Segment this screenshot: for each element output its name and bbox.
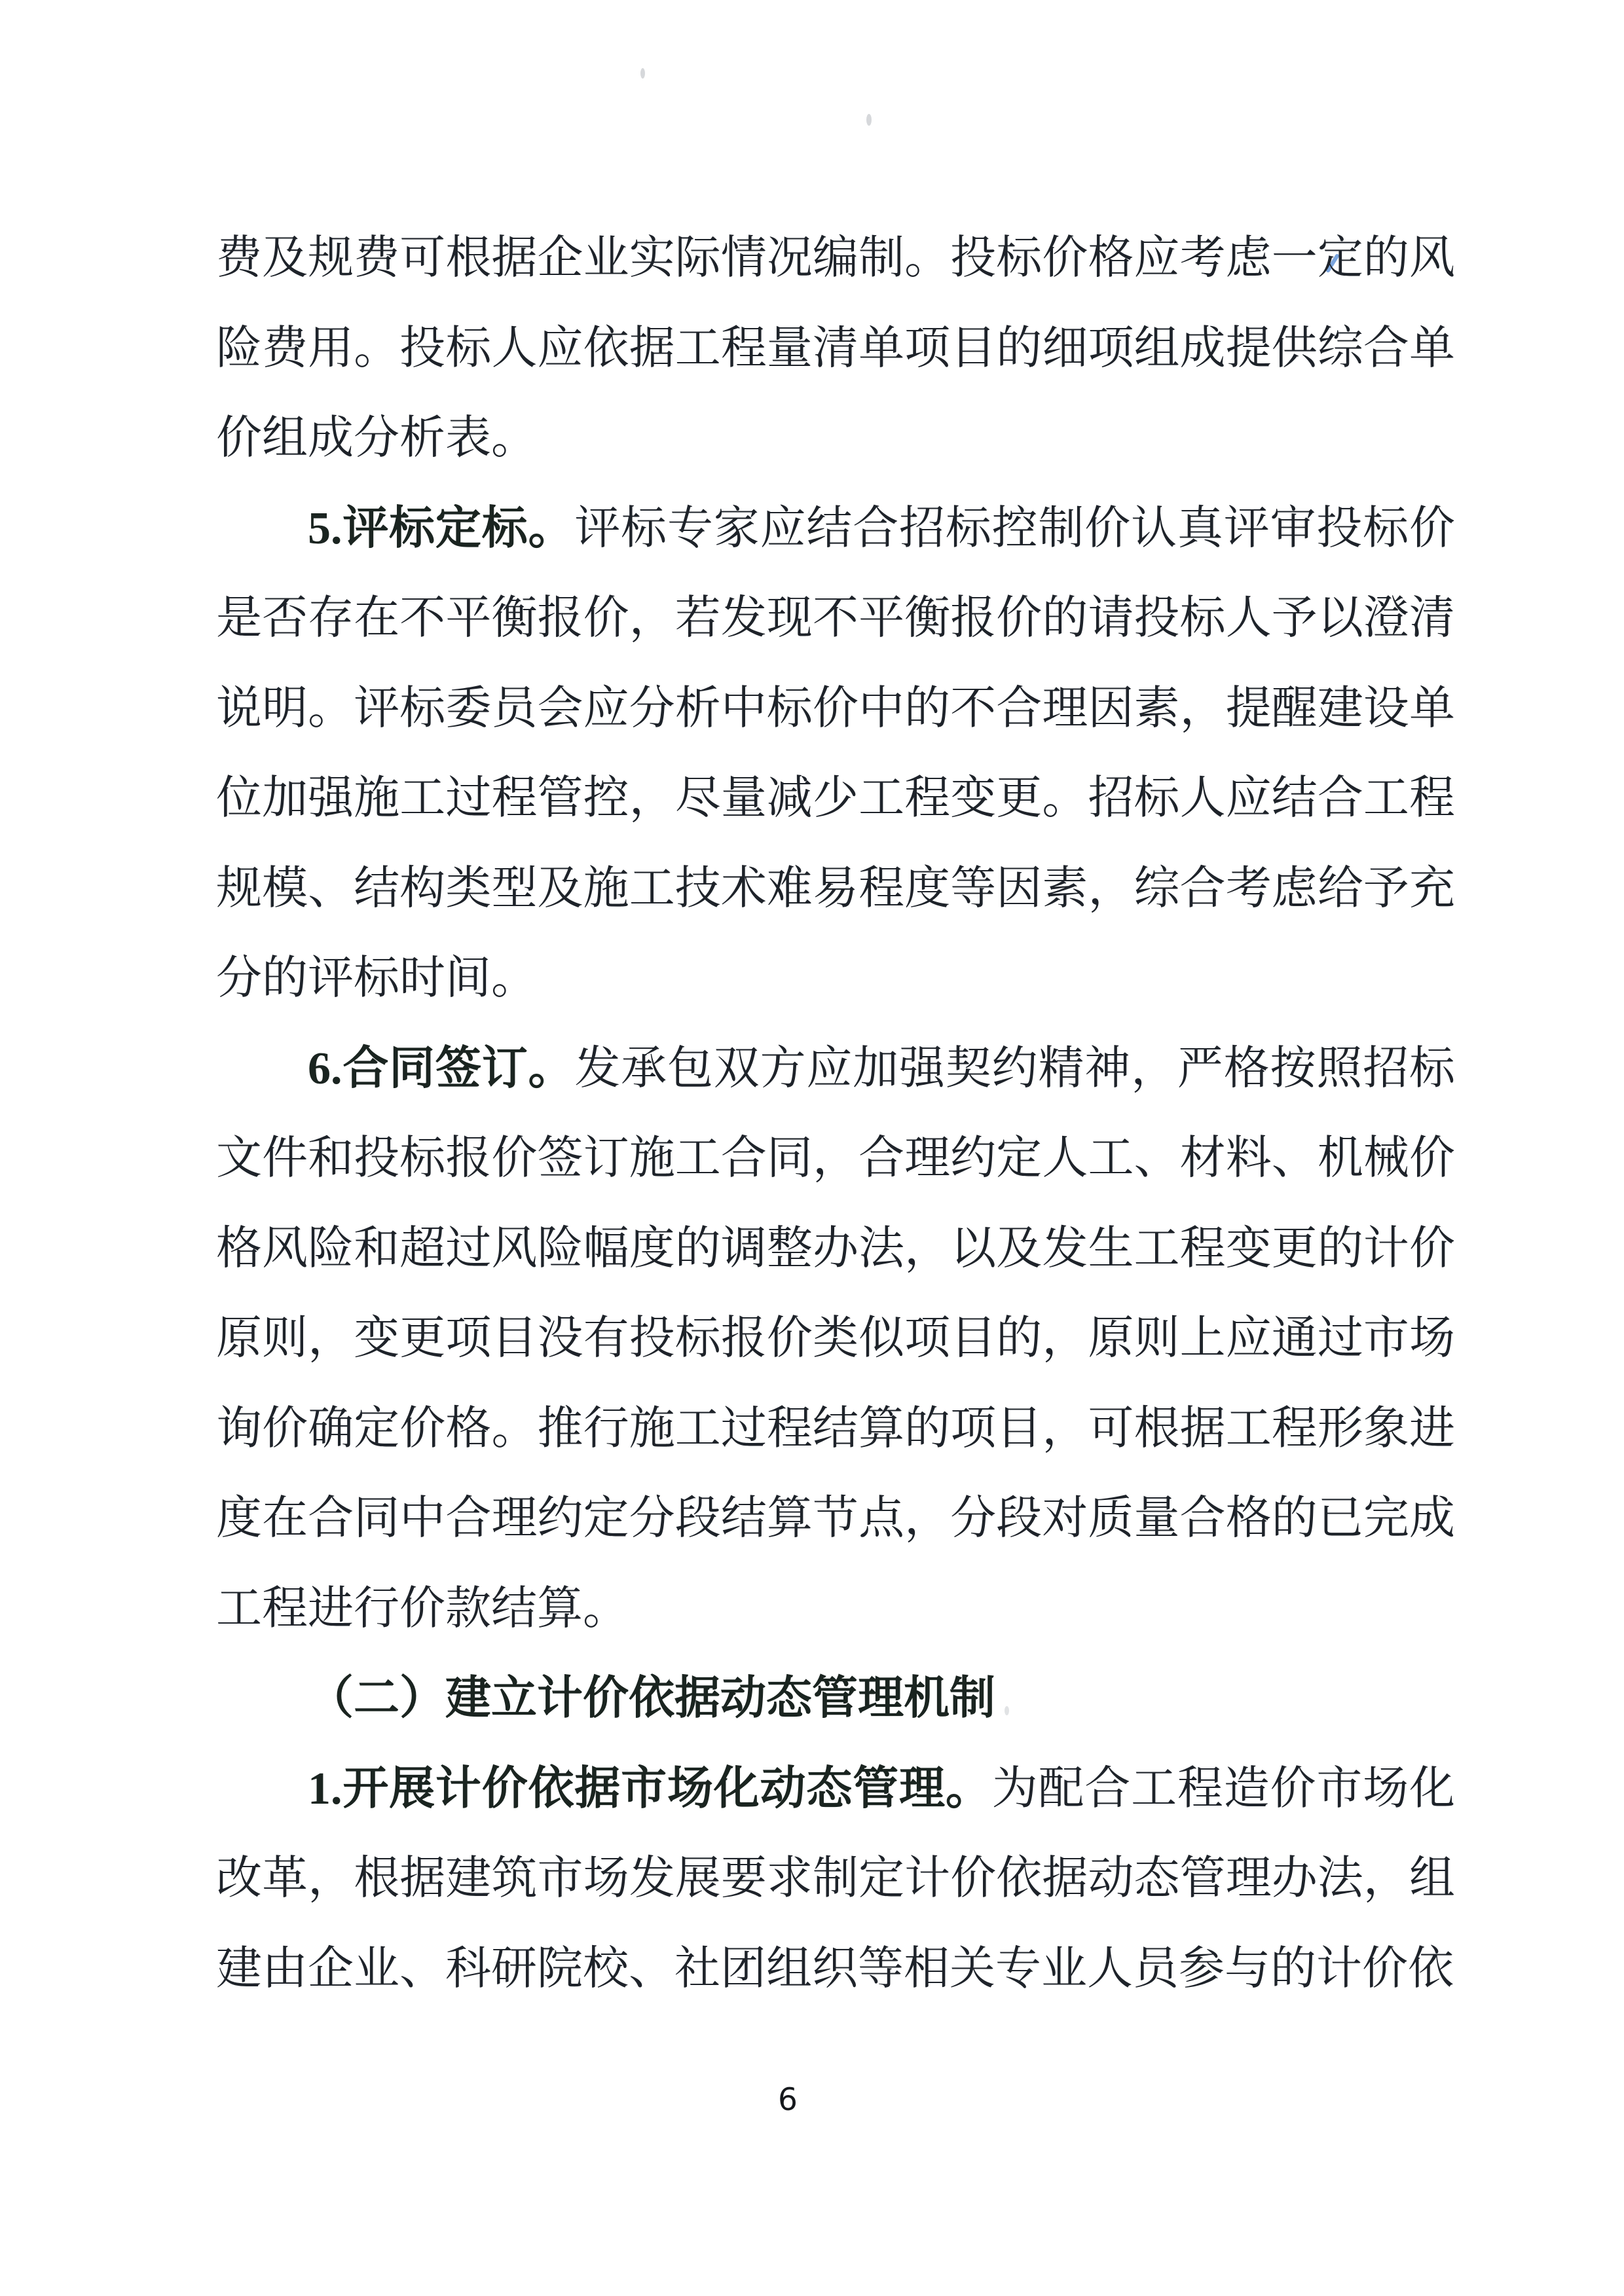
paragraph: 1.开展计价依据市场化动态管理。为配合工程造价市场化改革，根据建筑市场发展要求制… [216, 1744, 1455, 2014]
document-page: 费及规费可根据企业实际情况编制。投标价格应考虑一定的风险费用。投标人应依据工程量… [0, 0, 1624, 2296]
section-heading: （二）建立计价依据动态管理机制 [216, 1654, 1455, 1744]
paragraph-text: 费及规费可根据企业实际情况编制。投标价格应考虑一定的风险费用。投标人应依据工程量… [216, 233, 1455, 464]
paragraph-lead: 5.评标定标。 [308, 503, 574, 554]
paragraph-text: 发承包双方应加强契约精神，严格按照招标文件和投标报价签订施工合同，合理约定人工、… [216, 1044, 1455, 1634]
section-heading-text: （二）建立计价依据动态管理机制 [308, 1673, 995, 1724]
paragraph-lead: 6.合同签订。 [308, 1044, 574, 1094]
paragraph: 6.合同签订。发承包双方应加强契约精神，严格按照招标文件和投标报价签订施工合同，… [216, 1024, 1455, 1654]
page-number: 6 [0, 2083, 1576, 2117]
scan-speck [640, 68, 645, 79]
paragraph-lead: 1.开展计价依据市场化动态管理。 [308, 1764, 992, 1814]
scan-speck [866, 114, 872, 126]
paragraph: 费及规费可根据企业实际情况编制。投标价格应考虑一定的风险费用。投标人应依据工程量… [216, 213, 1455, 484]
paragraph-text: 评标专家应结合招标控制价认真评审投标价是否存在不平衡报价，若发现不平衡报价的请投… [216, 503, 1455, 1004]
document-body: 费及规费可根据企业实际情况编制。投标价格应考虑一定的风险费用。投标人应依据工程量… [216, 213, 1455, 2014]
paragraph: 5.评标定标。评标专家应结合招标控制价认真评审投标价是否存在不平衡报价，若发现不… [216, 484, 1455, 1024]
